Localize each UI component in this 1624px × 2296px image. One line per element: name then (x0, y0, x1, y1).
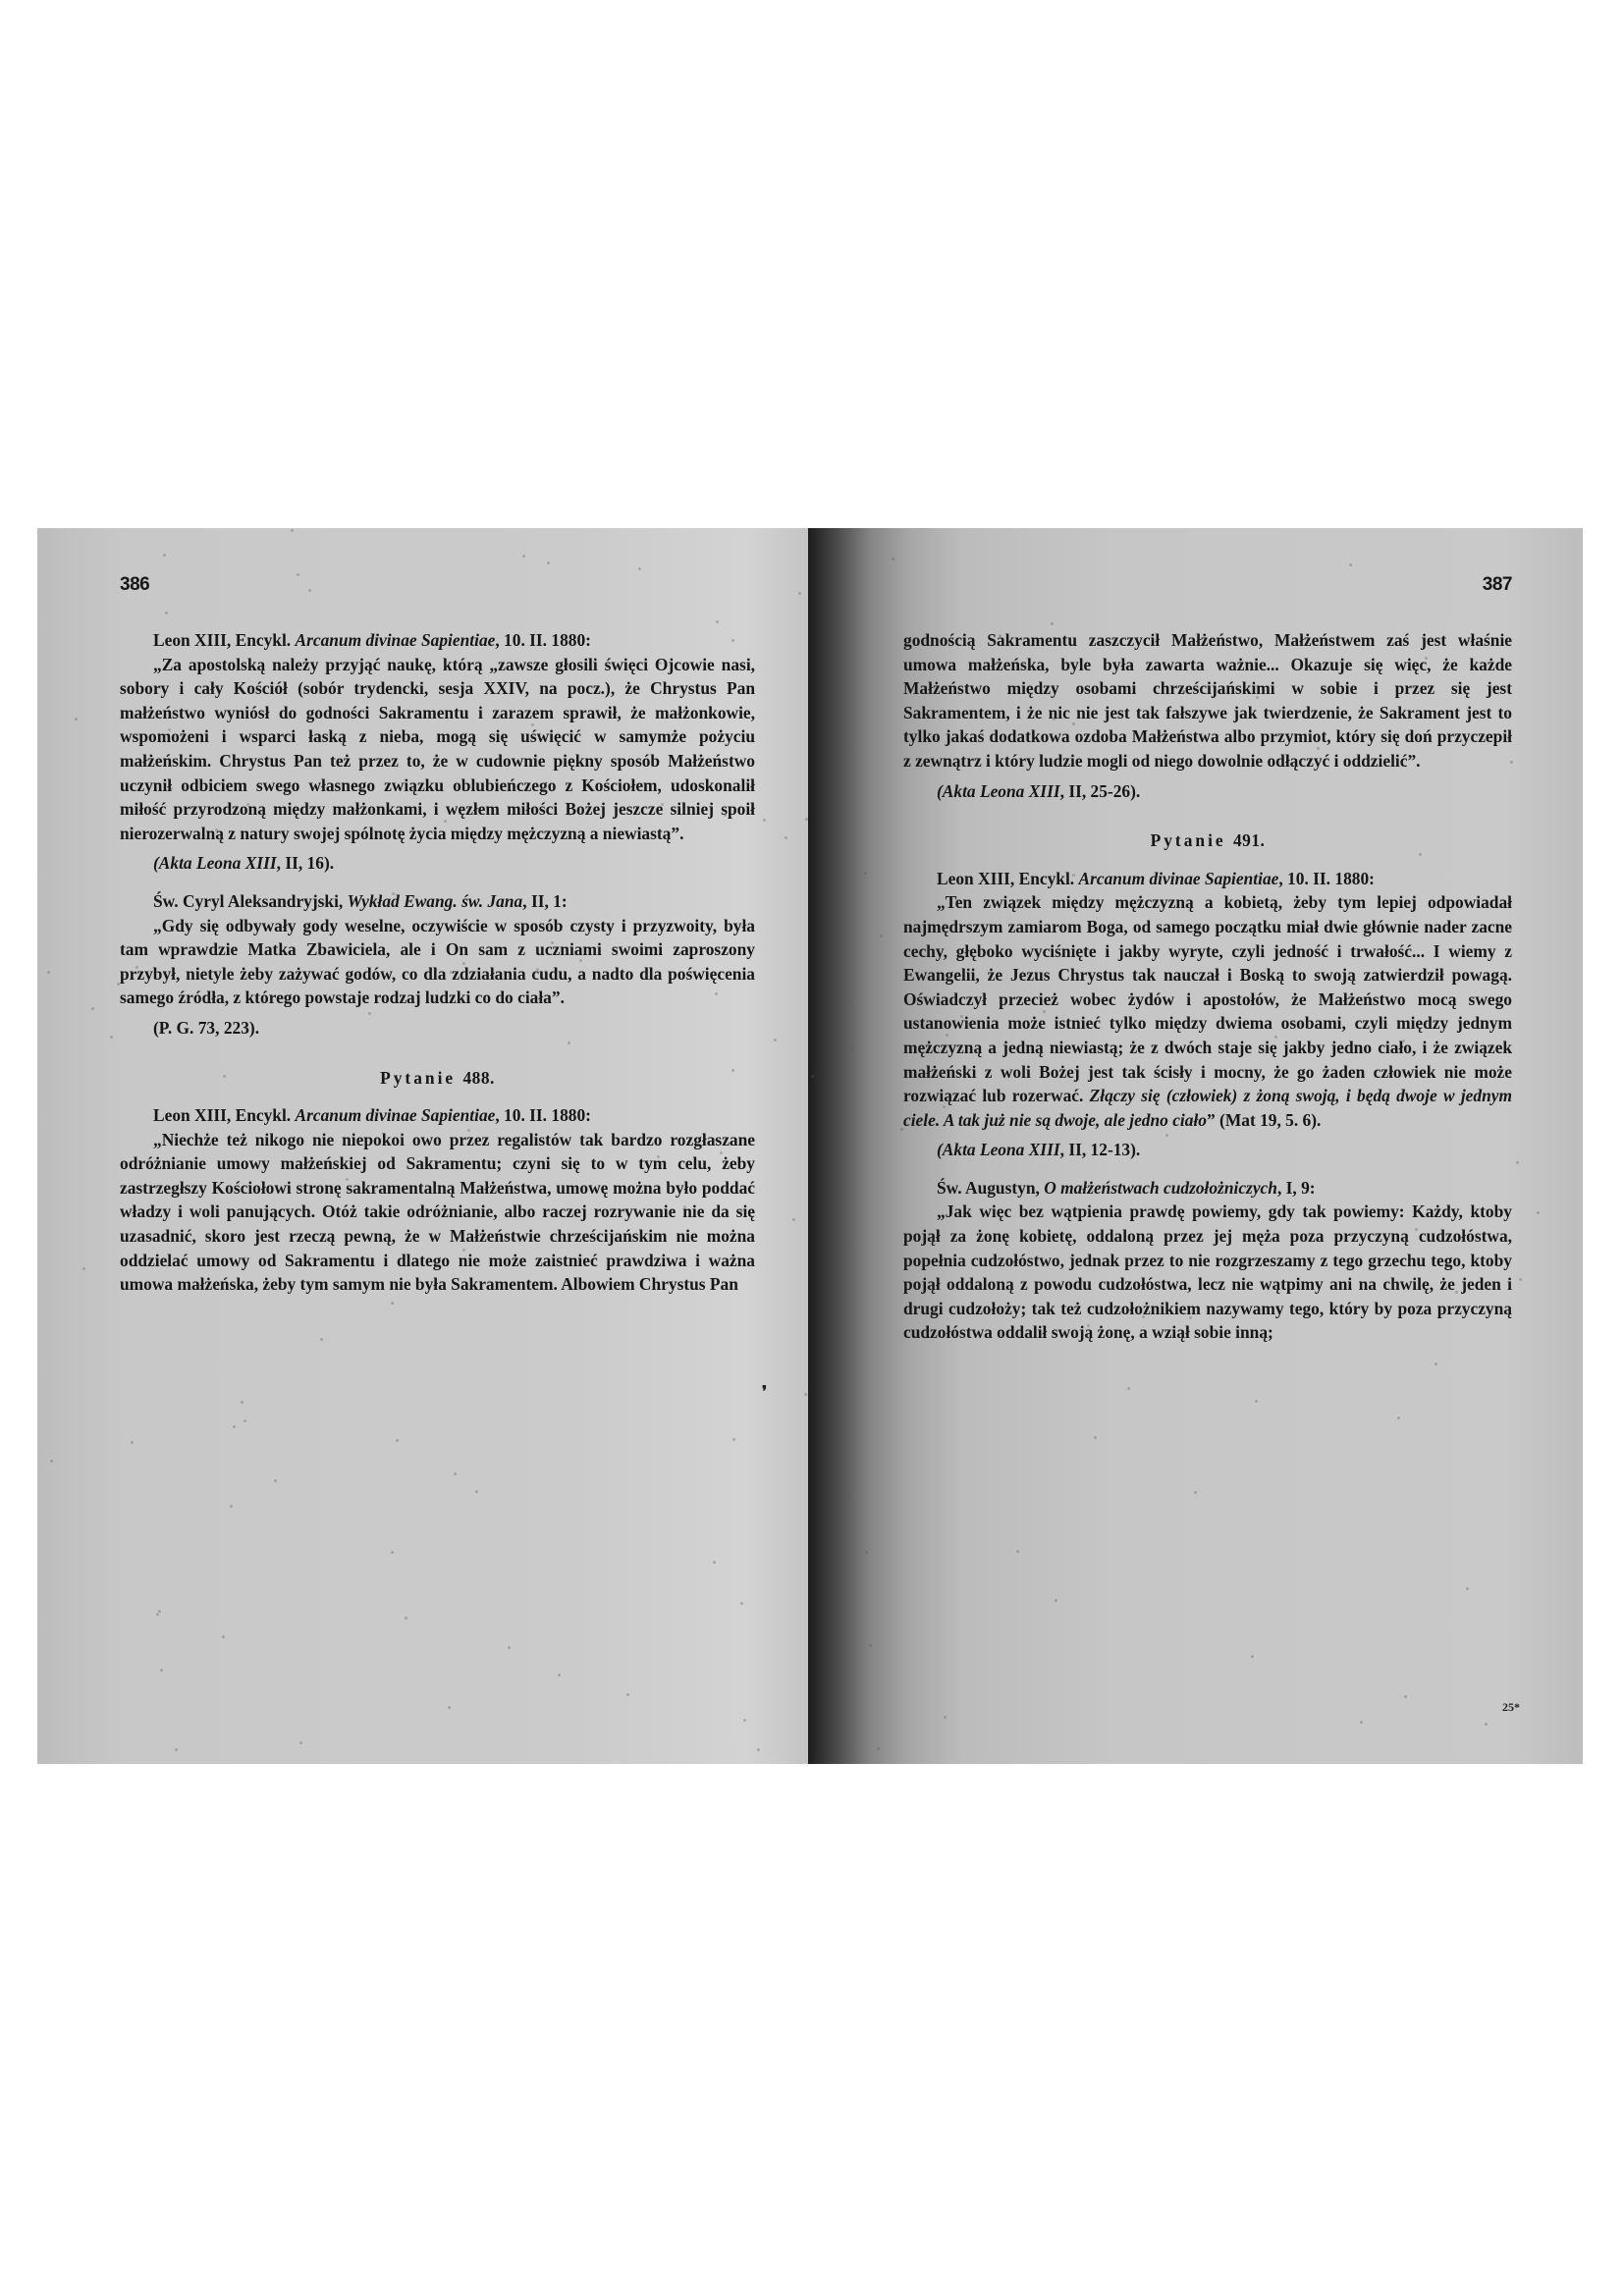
quotation: „Gdy się odbywały gody weselne, oczywiśc… (120, 914, 755, 1010)
scan-speck (960, 1015, 963, 1018)
page-number: 386 (120, 573, 755, 628)
margin-mark: ❜ (762, 1382, 767, 1402)
left-page: 386 Leon XIII, Encykl. Arcanum divinae S… (37, 528, 808, 1764)
scan-speck (131, 1441, 134, 1444)
section-heading: Pytanie 491. (903, 828, 1512, 853)
scan-speck (117, 983, 120, 986)
quotation: „Niechże też nikogo nie niepokoi owo prz… (120, 1128, 755, 1297)
scan-speck (774, 1039, 777, 1041)
scan-speck (558, 1674, 561, 1677)
scan-speck (1072, 722, 1075, 725)
scan-speck (475, 1490, 478, 1493)
scan-speck (448, 1706, 451, 1709)
scan-speck (724, 814, 727, 817)
scan-speck (1194, 1491, 1197, 1494)
scan-speck (1016, 1550, 1019, 1553)
scan-speck (508, 1646, 511, 1649)
scan-speck (999, 634, 1001, 637)
scan-speck (880, 934, 883, 937)
scan-speck (324, 902, 327, 905)
scan-speck (659, 662, 662, 665)
scan-speck (864, 872, 867, 875)
scan-speck (1043, 1010, 1046, 1013)
scan-speck (175, 1748, 178, 1751)
scan-speck (798, 592, 801, 595)
scan-speck (1516, 1161, 1519, 1164)
quotation: „Jak więc bez wątpienia prawdę powiemy, … (903, 1200, 1512, 1345)
scan-speck (75, 718, 78, 721)
scan-speck (638, 567, 641, 570)
scan-speck (1251, 1655, 1254, 1658)
citation: (Akta Leona XIII, II, 16). (120, 851, 755, 876)
scan-speck (246, 803, 249, 806)
citation: (Akta Leona XIII, II, 12-13). (903, 1138, 1512, 1162)
scan-speck (165, 612, 168, 614)
scan-speck (966, 1023, 969, 1026)
scan-speck (740, 1602, 743, 1605)
scan-speck (531, 723, 534, 726)
section-heading: Pytanie 488. (120, 1066, 755, 1091)
scan-speck (168, 728, 171, 731)
scan-speck (1256, 696, 1259, 699)
scan-speck (291, 529, 294, 532)
scan-speck (1397, 1416, 1400, 1419)
scan-speck (82, 1267, 85, 1270)
scan-speck (785, 836, 787, 839)
scan-speck (805, 818, 808, 821)
scan-speck (1360, 1721, 1363, 1724)
scan-speck (233, 1425, 236, 1428)
scan-speck (547, 561, 550, 564)
scan-speck (1182, 690, 1185, 693)
scan-speck (450, 971, 453, 974)
scan-speck (1094, 1436, 1097, 1439)
scan-speck (346, 1178, 349, 1181)
scan-speck (811, 1075, 814, 1078)
scan-speck (731, 639, 734, 642)
scan-speck (1425, 657, 1428, 660)
scan-speck (900, 1128, 903, 1131)
scan-speck (851, 1047, 854, 1050)
scan-speck (1080, 735, 1083, 738)
scan-speck (763, 819, 766, 822)
scan-speck (713, 1561, 716, 1564)
scan-speck (715, 992, 718, 995)
scan-speck (1051, 622, 1054, 625)
scan-speck (944, 1716, 947, 1719)
scan-speck (1537, 1211, 1540, 1214)
scan-speck (740, 1209, 743, 1212)
scan-speck (1087, 1324, 1090, 1327)
source-reference: Leon XIII, Encykl. Arcanum divinae Sapie… (903, 867, 1512, 891)
scan-speck (1207, 1332, 1210, 1335)
scan-speck (683, 1205, 686, 1208)
scan-speck (274, 1479, 277, 1482)
scan-speck (454, 1472, 457, 1475)
scan-speck (522, 555, 525, 558)
scan-speck (1255, 1400, 1258, 1403)
scan-speck (391, 1551, 394, 1554)
scan-speck (943, 1105, 946, 1108)
scan-speck (135, 966, 138, 969)
scan-speck (163, 554, 166, 557)
scan-speck (877, 1747, 880, 1750)
scan-speck (865, 1551, 868, 1554)
scan-speck (156, 1613, 159, 1616)
scan-speck (1349, 563, 1352, 566)
scan-speck (1455, 1291, 1458, 1294)
scan-speck (1510, 761, 1513, 764)
scan-speck (713, 1139, 716, 1142)
scan-speck (160, 1669, 163, 1672)
scan-speck (110, 1036, 113, 1039)
scan-speck (320, 1338, 323, 1341)
scan-speck (732, 1438, 735, 1441)
scan-speck (568, 813, 571, 816)
scan-speck (462, 962, 465, 965)
scan-speck (1274, 1036, 1277, 1039)
scan-speck (223, 1075, 226, 1078)
scan-speck (731, 1069, 734, 1072)
scan-speck (743, 1719, 746, 1722)
right-page: 387 godnością Sakramentu zaszczycił Małż… (808, 528, 1583, 1764)
scan-speck (1485, 1723, 1488, 1726)
scan-speck (230, 1505, 233, 1508)
scan-speck (1142, 1315, 1145, 1318)
scan-speck (1336, 707, 1339, 710)
scan-speck (308, 589, 311, 592)
scan-speck (1404, 1695, 1407, 1698)
scan-speck (1402, 1040, 1405, 1042)
scan-speck (91, 1007, 94, 1010)
scan-speck (391, 1302, 394, 1305)
scan-speck (568, 1041, 570, 1044)
scan-speck (47, 971, 50, 974)
source-reference: Św. Augustyn, O małżeństwach cudzołożnic… (903, 1176, 1512, 1201)
scan-speck (946, 1034, 948, 1037)
scan-speck (241, 1401, 244, 1404)
scan-speck (1072, 874, 1075, 877)
scan-speck (1189, 1316, 1192, 1319)
scan-speck (405, 1617, 407, 1620)
scan-speck (1127, 1387, 1130, 1390)
quotation: „Ten związek między mężczyzną a kobietą,… (903, 890, 1512, 1132)
scan-speck (444, 820, 447, 823)
source-reference: Leon XIII, Encykl. Arcanum divinae Sapie… (120, 628, 755, 653)
scan-speck (392, 892, 395, 895)
scan-speck (869, 1644, 872, 1647)
source-reference: Św. Cyryl Aleksandryjski, Wykład Ewang. … (120, 889, 755, 914)
scan-speck (579, 959, 582, 962)
scan-speck (1509, 928, 1512, 931)
book-spread-scan: 386 Leon XIII, Encykl. Arcanum divinae S… (37, 528, 1583, 1764)
scan-speck (1165, 1134, 1168, 1137)
scan-speck (462, 1249, 465, 1252)
scan-speck (297, 573, 299, 576)
scan-speck (792, 1218, 795, 1221)
source-reference: Leon XIII, Encykl. Arcanum divinae Sapie… (120, 1103, 755, 1128)
page-number: 387 (903, 573, 1512, 628)
scan-speck (536, 968, 539, 971)
scan-speck (50, 1460, 53, 1463)
scan-speck (1519, 1278, 1522, 1281)
scan-speck (1415, 1228, 1418, 1231)
scan-speck (716, 620, 719, 623)
scan-speck (661, 803, 664, 806)
scan-speck (244, 1419, 246, 1422)
scan-speck (170, 787, 173, 790)
scan-speck (1419, 853, 1422, 856)
scan-speck (1057, 1143, 1060, 1146)
scan-speck (626, 1693, 629, 1696)
left-page-body: Leon XIII, Encykl. Arcanum divinae Sapie… (120, 628, 755, 1297)
scan-speck (1466, 1587, 1469, 1590)
quotation: „Za apostolską należy przyjąć naukę, któ… (120, 653, 755, 846)
scan-speck (804, 1393, 807, 1396)
scan-speck (1317, 747, 1320, 750)
continued-paragraph: godnością Sakramentu zaszczycił Małżeńst… (903, 628, 1512, 774)
scan-speck (396, 1439, 399, 1442)
scan-speck (215, 828, 218, 831)
citation: (P. G. 73, 223). (120, 1016, 755, 1041)
scan-speck (368, 1012, 371, 1015)
scan-speck (940, 1071, 943, 1074)
scan-speck (551, 941, 554, 944)
scan-speck (657, 1155, 660, 1158)
scan-speck (720, 1151, 723, 1154)
scan-speck (222, 1635, 225, 1638)
signature-mark: 25* (1502, 1700, 1520, 1715)
scan-speck (1435, 1362, 1437, 1365)
scan-speck (757, 1748, 760, 1751)
scan-speck (1055, 1599, 1057, 1602)
scan-speck (299, 1741, 302, 1744)
left-page-text: 386 Leon XIII, Encykl. Arcanum divinae S… (120, 573, 755, 1297)
right-page-text: 387 godnością Sakramentu zaszczycił Małż… (903, 573, 1512, 1345)
citation: (Akta Leona XIII, II, 25-26). (903, 779, 1512, 804)
scan-speck (467, 1129, 470, 1132)
scan-speck (892, 558, 894, 561)
scan-speck (1053, 718, 1056, 721)
right-page-body: godnością Sakramentu zaszczycił Małżeńst… (903, 628, 1512, 1345)
